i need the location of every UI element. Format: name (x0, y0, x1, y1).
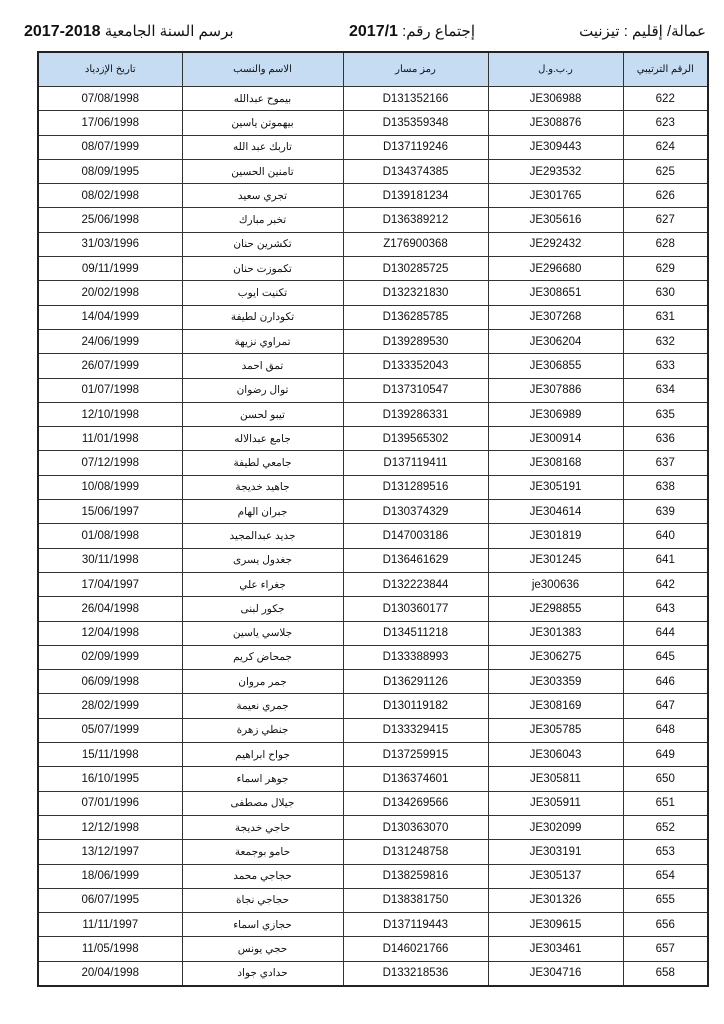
cell-id-number: JE308168 (488, 451, 623, 475)
cell-name: جغراء علي (182, 572, 343, 596)
cell-massar-code: D133352043 (343, 354, 488, 378)
cell-serial-number: 631 (623, 305, 708, 329)
cell-birthdate: 07/08/1998 (38, 87, 182, 111)
cell-serial-number: 647 (623, 694, 708, 718)
cell-id-number: JE301383 (488, 621, 623, 645)
meeting-number-value: 2017/1 (349, 23, 398, 40)
cell-massar-code: D134269566 (343, 791, 488, 815)
cell-massar-code: D136291126 (343, 670, 488, 694)
document-title-bar: برسم السنة الجامعية 2018-2017 إجتماع رقم… (24, 22, 704, 46)
cell-massar-code: D131352166 (343, 87, 488, 111)
cell-id-number: JE292432 (488, 232, 623, 256)
academic-year-value: 2018-2017 (24, 23, 101, 40)
table-row: 20/04/1998حدادي جوادD133218536JE30471665… (38, 961, 708, 986)
cell-birthdate: 20/04/1998 (38, 961, 182, 986)
cell-serial-number: 623 (623, 111, 708, 135)
cell-birthdate: 18/06/1999 (38, 864, 182, 888)
cell-serial-number: 655 (623, 888, 708, 912)
cell-name: جغدول يسرى (182, 548, 343, 572)
table-row: 25/06/1998تخبر مباركD136389212JE30561662… (38, 208, 708, 232)
cell-massar-code: D137119411 (343, 451, 488, 475)
table-row: 11/11/1997حجازي اسماءD137119443JE3096156… (38, 913, 708, 937)
cell-massar-code: D137119246 (343, 135, 488, 159)
table-row: 14/04/1999تكودارن لطيفةD136285785JE30726… (38, 305, 708, 329)
cell-serial-number: 622 (623, 87, 708, 111)
table-row: 10/08/1999جاهيد خديجةD131289516JE3051916… (38, 475, 708, 499)
cell-name: تمراوي نزيهة (182, 329, 343, 353)
table-row: 20/02/1998تكنيت ايوبD132321830JE30865163… (38, 281, 708, 305)
cell-id-number: JE305137 (488, 864, 623, 888)
cell-birthdate: 12/04/1998 (38, 621, 182, 645)
table-row: 24/06/1999تمراوي نزيهةD139289530JE306204… (38, 329, 708, 353)
col-header-massar-code: رمز مسار (343, 52, 488, 87)
cell-id-number: JE300914 (488, 427, 623, 451)
cell-massar-code: D134511218 (343, 621, 488, 645)
table-row: 07/08/1998بيموح عبداللهD131352166JE30698… (38, 87, 708, 111)
cell-massar-code: D131289516 (343, 475, 488, 499)
cell-massar-code: D131248758 (343, 840, 488, 864)
table-row: 06/09/1998جمر مروانD136291126JE303359646 (38, 670, 708, 694)
cell-serial-number: 629 (623, 257, 708, 281)
cell-serial-number: 643 (623, 597, 708, 621)
cell-serial-number: 654 (623, 864, 708, 888)
cell-id-number: JE305811 (488, 767, 623, 791)
table-row: 08/07/1999تاربك عبد اللهD137119246JE3094… (38, 135, 708, 159)
cell-birthdate: 26/07/1999 (38, 354, 182, 378)
cell-massar-code: D139181234 (343, 184, 488, 208)
cell-birthdate: 28/02/1999 (38, 694, 182, 718)
cell-id-number: JE306988 (488, 87, 623, 111)
cell-id-number: JE293532 (488, 159, 623, 183)
cell-massar-code: D130374329 (343, 500, 488, 524)
table-row: 05/07/1999جنطي زهرةD133329415JE305785648 (38, 718, 708, 742)
cell-serial-number: 638 (623, 475, 708, 499)
table-row: 12/04/1998جلاسي ياسينD134511218JE3013836… (38, 621, 708, 645)
cell-name: جكور لبنى (182, 597, 343, 621)
cell-massar-code: D136389212 (343, 208, 488, 232)
cell-massar-code: Z176900368 (343, 232, 488, 256)
cell-id-number: JE301765 (488, 184, 623, 208)
cell-massar-code: D136285785 (343, 305, 488, 329)
cell-id-number: JE305911 (488, 791, 623, 815)
cell-birthdate: 05/07/1999 (38, 718, 182, 742)
cell-massar-code: D139289530 (343, 329, 488, 353)
table-row: 11/05/1998حجي يونسD146021766JE303461657 (38, 937, 708, 961)
cell-name: جامعي لطيفة (182, 451, 343, 475)
cell-massar-code: D147003186 (343, 524, 488, 548)
table-row: 17/06/1998بيهموتن ياسينD135359348JE30887… (38, 111, 708, 135)
cell-name: جلاسي ياسين (182, 621, 343, 645)
cell-serial-number: 628 (623, 232, 708, 256)
cell-id-number: JE298855 (488, 597, 623, 621)
cell-serial-number: 636 (623, 427, 708, 451)
table-row: 26/07/1999تمق احمدD133352043JE306855633 (38, 354, 708, 378)
cell-serial-number: 642 (623, 572, 708, 596)
cell-name: تكموزت حنان (182, 257, 343, 281)
cell-massar-code: D132321830 (343, 281, 488, 305)
table-row: 18/06/1999حجاجي محمدD138259816JE30513765… (38, 864, 708, 888)
cell-birthdate: 26/04/1998 (38, 597, 182, 621)
cell-id-number: JE303359 (488, 670, 623, 694)
cell-name: توال رضوان (182, 378, 343, 402)
cell-massar-code: D139565302 (343, 427, 488, 451)
cell-massar-code: D146021766 (343, 937, 488, 961)
table-row: 09/11/1999تكموزت حنانD130285725JE2966806… (38, 257, 708, 281)
cell-id-number: JE303461 (488, 937, 623, 961)
cell-birthdate: 08/07/1999 (38, 135, 182, 159)
cell-id-number: JE302099 (488, 815, 623, 839)
cell-birthdate: 11/05/1998 (38, 937, 182, 961)
cell-birthdate: 07/01/1996 (38, 791, 182, 815)
col-header-birthdate: تاريخ الإزدياد (38, 52, 182, 87)
cell-name: جمري نعيمة (182, 694, 343, 718)
cell-name: جامع عبدالاله (182, 427, 343, 451)
table-row: 30/11/1998جغدول يسرىD136461629JE30124564… (38, 548, 708, 572)
cell-name: جديد عبدالمجيد (182, 524, 343, 548)
cell-massar-code: D136374601 (343, 767, 488, 791)
cell-birthdate: 10/08/1999 (38, 475, 182, 499)
cell-serial-number: 630 (623, 281, 708, 305)
cell-id-number: JE308169 (488, 694, 623, 718)
table-row: 01/07/1998توال رضوانD137310547JE30788663… (38, 378, 708, 402)
cell-id-number: JE305191 (488, 475, 623, 499)
cell-name: حجي يونس (182, 937, 343, 961)
cell-massar-code: D130360177 (343, 597, 488, 621)
cell-id-number: JE301819 (488, 524, 623, 548)
cell-massar-code: D135359348 (343, 111, 488, 135)
academic-year-label: برسم السنة الجامعية (105, 23, 234, 40)
cell-id-number: JE305616 (488, 208, 623, 232)
cell-name: تكشرين حنان (182, 232, 343, 256)
cell-serial-number: 646 (623, 670, 708, 694)
cell-serial-number: 653 (623, 840, 708, 864)
cell-name: تمق احمد (182, 354, 343, 378)
cell-serial-number: 649 (623, 743, 708, 767)
cell-birthdate: 07/12/1998 (38, 451, 182, 475)
cell-id-number: JE306204 (488, 329, 623, 353)
table-header-row: تاريخ الإزدياد الاسم والنسب رمز مسار ر.ب… (38, 52, 708, 87)
cell-name: حجاجي نجاة (182, 888, 343, 912)
cell-massar-code: D130285725 (343, 257, 488, 281)
col-header-name: الاسم والنسب (182, 52, 343, 87)
cell-name: جنطي زهرة (182, 718, 343, 742)
cell-birthdate: 15/06/1997 (38, 500, 182, 524)
cell-id-number: JE309615 (488, 913, 623, 937)
cell-birthdate: 02/09/1999 (38, 645, 182, 669)
cell-birthdate: 25/06/1998 (38, 208, 182, 232)
cell-serial-number: 657 (623, 937, 708, 961)
cell-name: حاجي خديجة (182, 815, 343, 839)
students-table: تاريخ الإزدياد الاسم والنسب رمز مسار ر.ب… (37, 51, 709, 987)
table-row: 06/07/1995حجاجي نجاةD138381750JE30132665… (38, 888, 708, 912)
table-row: 28/02/1999جمري نعيمةD130119182JE30816964… (38, 694, 708, 718)
cell-massar-code: D133218536 (343, 961, 488, 986)
cell-id-number: JE309443 (488, 135, 623, 159)
cell-id-number: JE308876 (488, 111, 623, 135)
table-row: 12/12/1998حاجي خديجةD130363070JE30209965… (38, 815, 708, 839)
cell-serial-number: 637 (623, 451, 708, 475)
cell-birthdate: 01/08/1998 (38, 524, 182, 548)
cell-birthdate: 12/10/1998 (38, 402, 182, 426)
cell-id-number: JE307886 (488, 378, 623, 402)
cell-massar-code: D138381750 (343, 888, 488, 912)
cell-name: جيلال مصطفى (182, 791, 343, 815)
cell-birthdate: 15/11/1998 (38, 743, 182, 767)
cell-birthdate: 11/01/1998 (38, 427, 182, 451)
cell-name: تجري سعيد (182, 184, 343, 208)
cell-serial-number: 644 (623, 621, 708, 645)
cell-name: جمر مروان (182, 670, 343, 694)
cell-birthdate: 20/02/1998 (38, 281, 182, 305)
cell-name: جواح ابراهيم (182, 743, 343, 767)
cell-id-number: JE305785 (488, 718, 623, 742)
cell-birthdate: 12/12/1998 (38, 815, 182, 839)
cell-massar-code: D136461629 (343, 548, 488, 572)
cell-serial-number: 627 (623, 208, 708, 232)
cell-serial-number: 651 (623, 791, 708, 815)
table-row: 02/09/1999جمحاض كريمD133388993JE30627564… (38, 645, 708, 669)
academic-year: برسم السنة الجامعية 2018-2017 (24, 22, 234, 41)
table-row: 17/04/1997جغراء عليD132223844je300636642 (38, 572, 708, 596)
cell-name: تكنيت ايوب (182, 281, 343, 305)
cell-birthdate: 11/11/1997 (38, 913, 182, 937)
cell-birthdate: 01/07/1998 (38, 378, 182, 402)
cell-massar-code: D137259915 (343, 743, 488, 767)
table-row: 11/01/1998جامع عبدالالهD139565302JE30091… (38, 427, 708, 451)
cell-massar-code: D132223844 (343, 572, 488, 596)
cell-serial-number: 648 (623, 718, 708, 742)
cell-serial-number: 639 (623, 500, 708, 524)
cell-birthdate: 06/07/1995 (38, 888, 182, 912)
cell-birthdate: 09/11/1999 (38, 257, 182, 281)
cell-birthdate: 31/03/1996 (38, 232, 182, 256)
cell-birthdate: 14/04/1999 (38, 305, 182, 329)
cell-serial-number: 624 (623, 135, 708, 159)
cell-id-number: JE296680 (488, 257, 623, 281)
cell-name: جمحاض كريم (182, 645, 343, 669)
cell-id-number: JE306275 (488, 645, 623, 669)
table-row: 08/09/1995تامنين الحسينD134374385JE29353… (38, 159, 708, 183)
table-row: 07/01/1996جيلال مصطفىD134269566JE3059116… (38, 791, 708, 815)
cell-birthdate: 30/11/1998 (38, 548, 182, 572)
cell-massar-code: D130363070 (343, 815, 488, 839)
table-row: 01/08/1998جديد عبدالمجيدD147003186JE3018… (38, 524, 708, 548)
table-row: 07/12/1998جامعي لطيفةD137119411JE3081686… (38, 451, 708, 475)
cell-id-number: JE306989 (488, 402, 623, 426)
cell-id-number: JE307268 (488, 305, 623, 329)
cell-massar-code: D133329415 (343, 718, 488, 742)
cell-name: حامو بوجمعة (182, 840, 343, 864)
cell-serial-number: 658 (623, 961, 708, 986)
cell-name: حجازي اسماء (182, 913, 343, 937)
table-row: 31/03/1996تكشرين حنانZ176900368JE2924326… (38, 232, 708, 256)
table-row: 15/06/1997جبران الهامD130374329JE3046146… (38, 500, 708, 524)
cell-massar-code: D130119182 (343, 694, 488, 718)
table-row: 13/12/1997حامو بوجمعةD131248758JE3031916… (38, 840, 708, 864)
cell-massar-code: D137119443 (343, 913, 488, 937)
province-label: عمالة/ إقليم : تيزنيت (579, 22, 706, 40)
cell-serial-number: 641 (623, 548, 708, 572)
cell-massar-code: D139286331 (343, 402, 488, 426)
cell-id-number: JE303191 (488, 840, 623, 864)
cell-name: تامنين الحسين (182, 159, 343, 183)
table-row: 08/02/1998تجري سعيدD139181234JE301765626 (38, 184, 708, 208)
cell-id-number: JE306855 (488, 354, 623, 378)
cell-serial-number: 632 (623, 329, 708, 353)
cell-massar-code: D134374385 (343, 159, 488, 183)
cell-birthdate: 17/06/1998 (38, 111, 182, 135)
table-row: 26/04/1998جكور لبنىD130360177JE298855643 (38, 597, 708, 621)
cell-serial-number: 645 (623, 645, 708, 669)
cell-id-number: JE304614 (488, 500, 623, 524)
cell-birthdate: 06/09/1998 (38, 670, 182, 694)
table-row: 16/10/1995جوهر اسماءD136374601JE30581165… (38, 767, 708, 791)
table-row: 12/10/1998تيبو لحسنD139286331JE306989635 (38, 402, 708, 426)
cell-serial-number: 635 (623, 402, 708, 426)
cell-name: تخبر مبارك (182, 208, 343, 232)
cell-id-number: JE306043 (488, 743, 623, 767)
cell-serial-number: 652 (623, 815, 708, 839)
table-row: 15/11/1998جواح ابراهيمD137259915JE306043… (38, 743, 708, 767)
cell-id-number: JE304716 (488, 961, 623, 986)
col-header-serial-number: الرقم الترتيبي (623, 52, 708, 87)
cell-name: حجاجي محمد (182, 864, 343, 888)
cell-massar-code: D133388993 (343, 645, 488, 669)
cell-serial-number: 626 (623, 184, 708, 208)
cell-id-number: je300636 (488, 572, 623, 596)
cell-birthdate: 16/10/1995 (38, 767, 182, 791)
cell-birthdate: 17/04/1997 (38, 572, 182, 596)
cell-name: حدادي جواد (182, 961, 343, 986)
cell-serial-number: 640 (623, 524, 708, 548)
meeting-number-label: إجتماع رقم: (402, 23, 475, 40)
cell-serial-number: 656 (623, 913, 708, 937)
cell-name: بيموح عبدالله (182, 87, 343, 111)
cell-id-number: JE301326 (488, 888, 623, 912)
cell-birthdate: 08/02/1998 (38, 184, 182, 208)
cell-name: جاهيد خديجة (182, 475, 343, 499)
cell-name: تاربك عبد الله (182, 135, 343, 159)
cell-id-number: JE301245 (488, 548, 623, 572)
meeting-number: إجتماع رقم: 2017/1 (349, 22, 475, 41)
cell-name: جوهر اسماء (182, 767, 343, 791)
cell-serial-number: 650 (623, 767, 708, 791)
cell-name: بيهموتن ياسين (182, 111, 343, 135)
cell-serial-number: 625 (623, 159, 708, 183)
cell-serial-number: 633 (623, 354, 708, 378)
cell-name: تيبو لحسن (182, 402, 343, 426)
cell-id-number: JE308651 (488, 281, 623, 305)
cell-massar-code: D137310547 (343, 378, 488, 402)
cell-birthdate: 24/06/1999 (38, 329, 182, 353)
cell-name: تكودارن لطيفة (182, 305, 343, 329)
col-header-id-number: ر.ب.و.ل (488, 52, 623, 87)
cell-massar-code: D138259816 (343, 864, 488, 888)
cell-birthdate: 08/09/1995 (38, 159, 182, 183)
cell-serial-number: 634 (623, 378, 708, 402)
cell-name: جبران الهام (182, 500, 343, 524)
cell-birthdate: 13/12/1997 (38, 840, 182, 864)
